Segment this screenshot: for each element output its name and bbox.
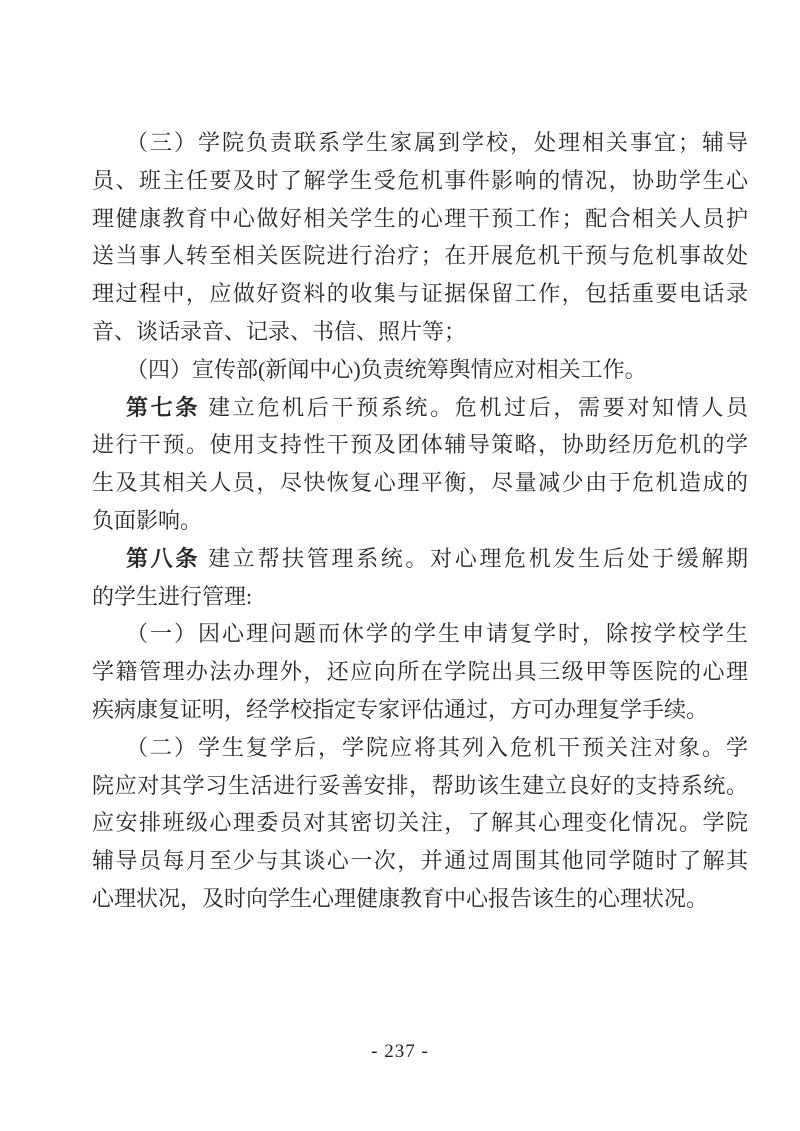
text-line: 理过程中，应做好资料的收集与证据保留工作，包括重要电话录 (92, 275, 748, 313)
text-line: 负面影响。 (92, 502, 748, 540)
text-line: （二）学生复学后，学院应将其列入危机干预关注对象。学 (92, 729, 748, 767)
text-line: 进行干预。使用支持性干预及团体辅导策略，协助经历危机的学 (92, 426, 748, 464)
text-line: （四）宣传部(新闻中心)负责统筹舆情应对相关工作。 (92, 351, 748, 389)
text-line: 辅导员每月至少与其谈心一次，并通过周围其他同学随时了解其 (92, 842, 748, 880)
text-line: 心理状况，及时向学生心理健康教育中心报告该生的心理状况。 (92, 880, 748, 918)
text-line: 音、谈话录音、记录、书信、照片等； (92, 313, 748, 351)
document-page: （三）学院负责联系学生家属到学校，处理相关事宜；辅导 员、班主任要及时了解学生受… (0, 0, 800, 1131)
text-line: 疾病康复证明，经学校指定专家评估通过，方可办理复学手续。 (92, 691, 748, 729)
text-line: 院应对其学习生活进行妥善安排，帮助该生建立良好的支持系统。 (92, 767, 748, 805)
article-lead-text: 建立帮扶管理系统。对心理危机发生后处于缓解期 (200, 546, 748, 571)
text-line: 的学生进行管理: (92, 578, 748, 616)
text-line: 第七条 建立危机后干预系统。危机过后，需要对知情人员 (92, 389, 748, 427)
article-number: 第七条 (126, 395, 200, 420)
text-line: （一）因心理问题而休学的学生申请复学时，除按学校学生 (92, 615, 748, 653)
article-number: 第八条 (126, 546, 200, 571)
text-line: 理健康教育中心做好相关学生的心理干预工作；配合相关人员护 (92, 200, 748, 238)
text-line: 生及其相关人员，尽快恢复心理平衡，尽量减少由于危机造成的 (92, 464, 748, 502)
text-line: 员、班主任要及时了解学生受危机事件影响的情况，协助学生心 (92, 162, 748, 200)
text-line: 学籍管理办法办理外，还应向所在学院出具三级甲等医院的心理 (92, 653, 748, 691)
article-lead-text: 建立危机后干预系统。危机过后，需要对知情人员 (200, 395, 748, 420)
text-line: 应安排班级心理委员对其密切关注，了解其心理变化情况。学院 (92, 804, 748, 842)
text-line: 送当事人转至相关医院进行治疗；在开展危机干预与危机事故处 (92, 237, 748, 275)
page-number: - 237 - (0, 1041, 800, 1063)
document-body: （三）学院负责联系学生家属到学校，处理相关事宜；辅导 员、班主任要及时了解学生受… (92, 124, 748, 918)
text-line: 第八条 建立帮扶管理系统。对心理危机发生后处于缓解期 (92, 540, 748, 578)
text-line: （三）学院负责联系学生家属到学校，处理相关事宜；辅导 (92, 124, 748, 162)
